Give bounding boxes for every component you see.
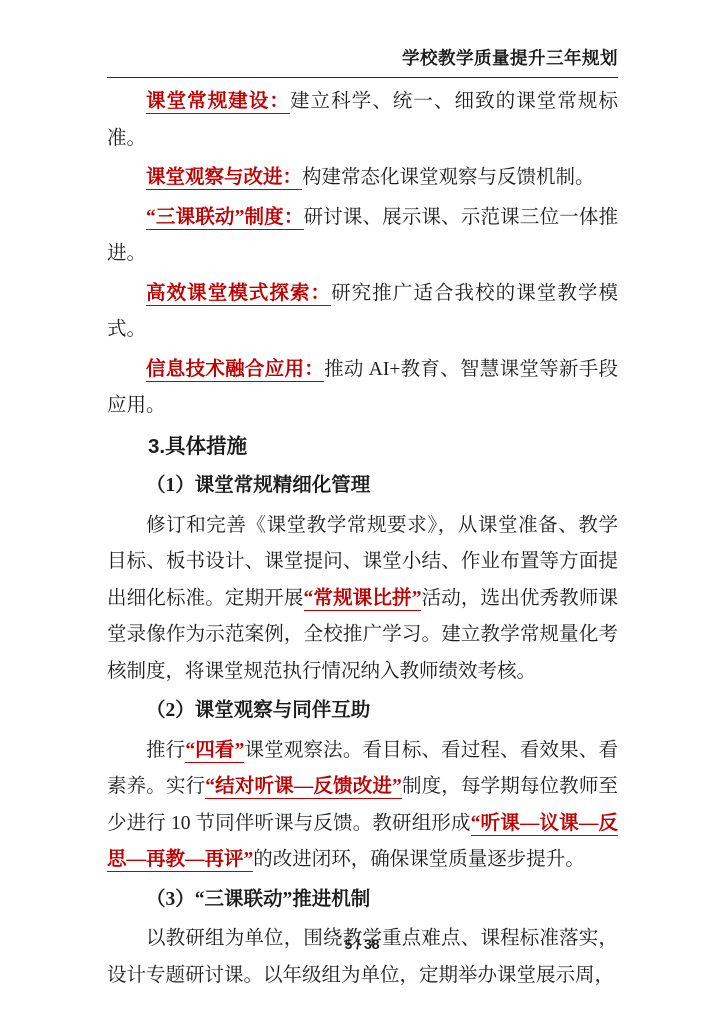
paragraph: 推行“四看”课堂观察法。看目标、看过程、看效果、看素养。实行“结对听课—反馈改进…	[107, 733, 618, 879]
highlighted-term: 课堂常规建设：	[146, 91, 290, 114]
highlighted-term: “常规课比拼”	[304, 588, 422, 611]
highlighted-term: “三课联动”制度：	[146, 207, 304, 230]
paragraph: 信息技术融合应用：推动 AI+教育、智慧课堂等新手段应用。	[107, 352, 618, 425]
text-run: 3.具体措施	[148, 435, 247, 458]
text-run: （1）课堂常规精细化管理	[146, 475, 370, 496]
page-header: 学校教学质量提升三年规划	[107, 46, 618, 70]
page-footer: 5 / 38	[0, 936, 724, 952]
section-heading: 3.具体措施	[107, 429, 618, 466]
paragraph: 课堂常规建设：建立科学、统一、细致的课堂常规标准。	[107, 84, 618, 157]
text-run: （2）课堂观察与同伴互助	[146, 700, 370, 721]
text-run: 构建常态化课堂观察与反馈机制。	[302, 167, 595, 188]
highlighted-term: 课堂观察与改进：	[146, 167, 302, 190]
paragraph: 课堂观察与改进：构建常态化课堂观察与反馈机制。	[107, 160, 618, 197]
sub-heading: （1）课堂常规精细化管理	[107, 468, 618, 505]
sub-heading: （2）课堂观察与同伴互助	[107, 693, 618, 730]
document-page: 学校教学质量提升三年规划 课堂常规建设：建立科学、统一、细致的课堂常规标准。课堂…	[0, 0, 724, 1024]
text-run: （3）“三课联动”推进机制	[146, 889, 370, 910]
paragraph: “三课联动”制度：研讨课、展示课、示范课三位一体推进。	[107, 200, 618, 273]
highlighted-term: “结对听课—反馈改进”	[205, 776, 402, 799]
document-title: 学校教学质量提升三年规划	[107, 46, 618, 70]
paragraph: 修订和完善《课堂教学常规要求》，从课堂准备、教学目标、板书设计、课堂提问、课堂小…	[107, 508, 618, 691]
highlighted-term: “四看”	[185, 740, 244, 763]
text-run: 的改进闭环，确保课堂质量逐步提升。	[253, 849, 585, 870]
document-body: 课堂常规建设：建立科学、统一、细致的课堂常规标准。课堂观察与改进：构建常态化课堂…	[107, 84, 618, 994]
highlighted-term: 信息技术融合应用：	[146, 359, 324, 382]
paragraph: 以教研组为单位，围绕教学重点难点、课程标准落实，设计专题研讨课。以年级组为单位，…	[107, 921, 618, 994]
page-number: 5 / 38	[344, 936, 379, 952]
header-rule	[107, 77, 618, 78]
sub-heading: （3）“三课联动”推进机制	[107, 882, 618, 919]
paragraph: 高效课堂模式探索：研究推广适合我校的课堂教学模式。	[107, 276, 618, 349]
text-run: 推行	[146, 740, 185, 761]
highlighted-term: 高效课堂模式探索：	[146, 283, 331, 306]
